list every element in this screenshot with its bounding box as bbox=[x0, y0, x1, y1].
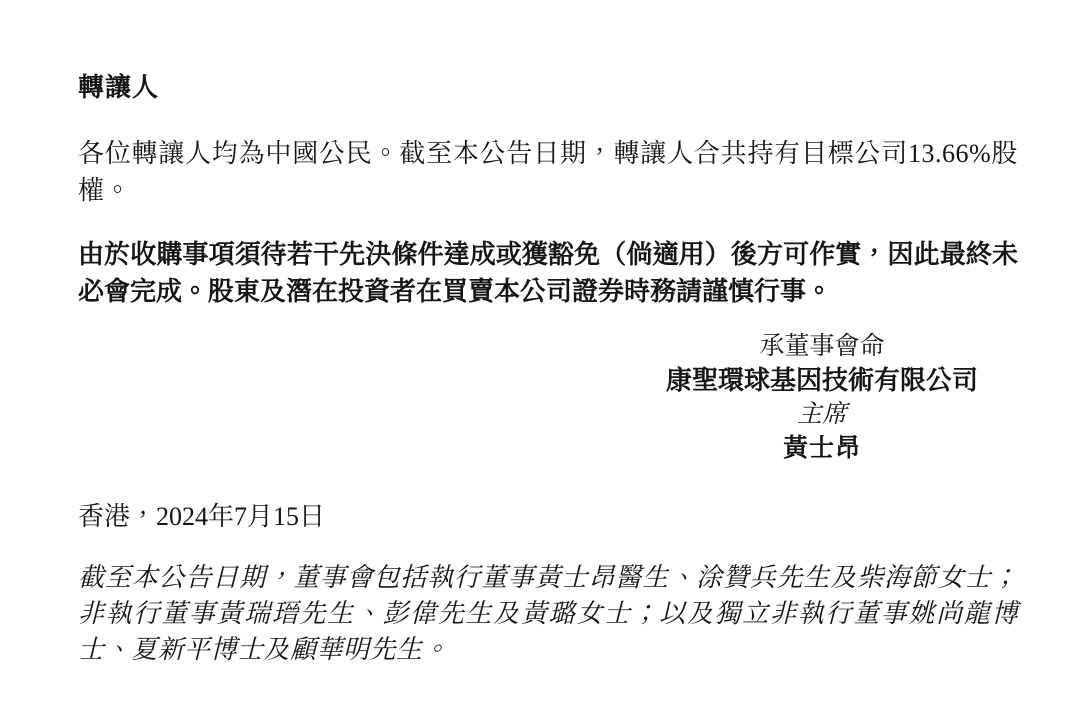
warning-paragraph: 由於收購事項須待若干先決條件達成或獲豁免（倘適用）後方可作實，因此最終未必會完成… bbox=[78, 236, 1018, 310]
signer-title: 主席 bbox=[666, 398, 978, 432]
place-and-date-line: 香港，2024年7月15日 bbox=[78, 498, 1018, 535]
company-name: 康聖環球基因技術有限公司 bbox=[666, 364, 978, 398]
transferors-paragraph: 各位轉讓人均為中國公民。截至本公告日期，轉讓人合共持有目標公司13.66%股權。 bbox=[78, 135, 1018, 209]
by-order-of-board-line: 承董事會命 bbox=[666, 330, 978, 364]
announcement-page: 轉讓人 各位轉讓人均為中國公民。截至本公告日期，轉讓人合共持有目標公司13.66… bbox=[0, 0, 1080, 720]
signer-name: 黃士昂 bbox=[666, 432, 978, 466]
signature-block: 承董事會命 康聖環球基因技術有限公司 主席 黃士昂 bbox=[666, 330, 978, 466]
section-heading-transferors: 轉讓人 bbox=[78, 73, 1018, 103]
board-composition-note: 截至本公告日期，董事會包括執行董事黃士昂醫生、涂贊兵先生及柴海節女士；非執行董事… bbox=[78, 560, 1018, 668]
